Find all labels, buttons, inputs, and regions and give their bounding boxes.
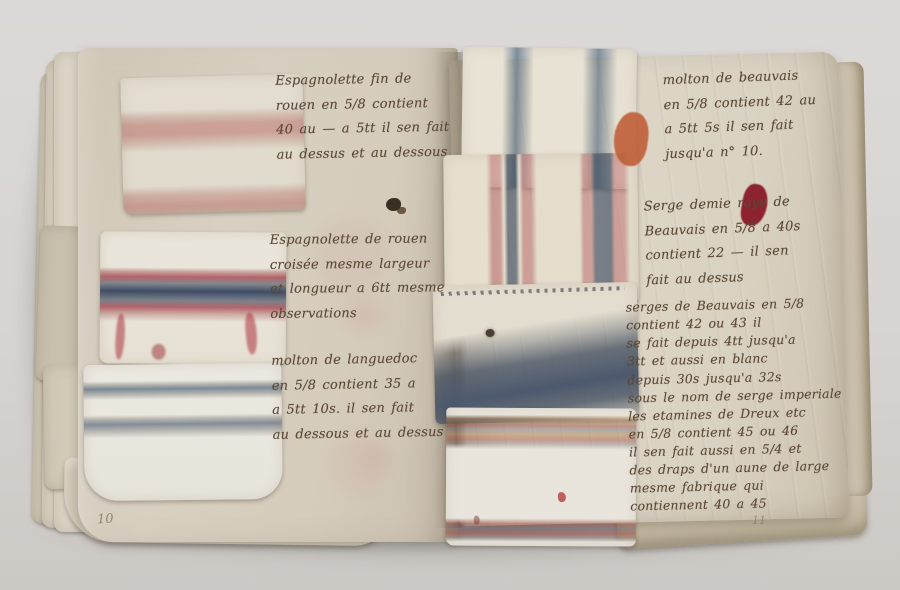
moth-hole <box>485 329 494 337</box>
dye-drip <box>244 312 259 355</box>
swatch-blue-stripes-wool <box>83 363 282 501</box>
page-number-right: 11 <box>752 514 766 527</box>
dye-drip <box>114 313 127 360</box>
dye-drip <box>152 344 166 360</box>
brown-speck <box>474 516 480 525</box>
page-number-left: 10 <box>97 512 114 528</box>
handwriting-note: Serge demie raye de Beauvais en 5/8 a 40… <box>643 189 844 295</box>
red-speck <box>558 492 566 502</box>
handwriting-note: molton de beauvais en 5/8 contient 42 au… <box>662 63 850 168</box>
photo-sample-book: Espagnolette fin de rouen en 5/8 contien… <box>0 0 900 590</box>
handwriting-note: molton de languedoc en 5/8 contient 35 a… <box>271 346 483 448</box>
handwriting-note: serges de Beauvais en 5/8 contient 42 ou… <box>626 293 855 516</box>
swatch-red-navy-band-wool <box>100 231 287 364</box>
handwriting-note: Espagnolette fin de rouen en 5/8 contien… <box>275 66 472 168</box>
ink-stain <box>386 198 401 211</box>
handwriting-note: Espagnolette de rouen croisée mesme larg… <box>270 227 476 328</box>
